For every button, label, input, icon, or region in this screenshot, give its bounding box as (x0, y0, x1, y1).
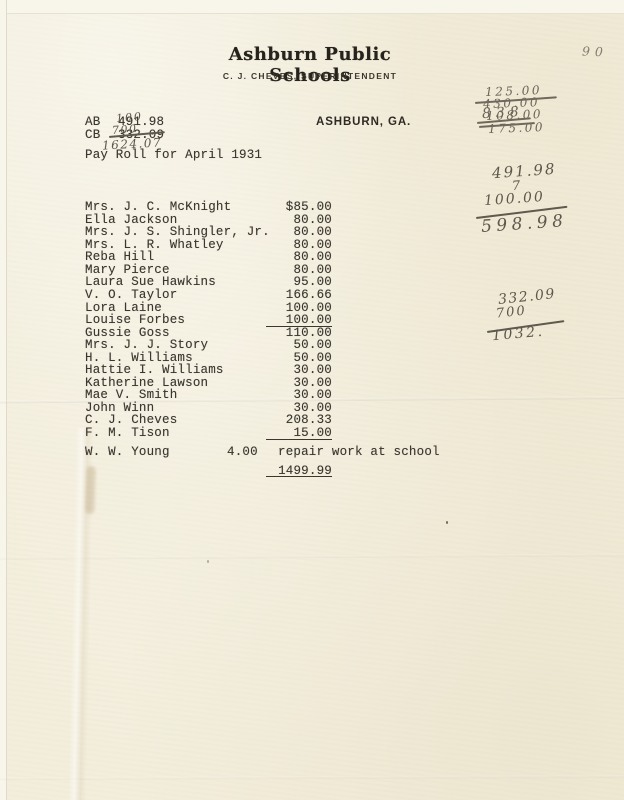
employee-name: Mrs. J. C. McKnight (85, 201, 231, 214)
payroll-row: Hattie I. Williams30.00 (85, 364, 332, 377)
paper-speck (446, 521, 448, 524)
employee-name: Mrs. J. J. Story (85, 339, 208, 352)
payroll-row: F. M. Tison15.00 (85, 427, 332, 440)
payroll-row: Mrs. J. S. Shingler, Jr.80.00 (85, 226, 332, 239)
payroll-row: Mrs. J. C. McKnight$85.00 (85, 201, 332, 214)
employee-name: F. M. Tison (85, 427, 170, 440)
employee-name: Hattie I. Williams (85, 364, 224, 377)
extra-payment-name: W. W. Young (85, 446, 170, 459)
employee-amount: 100.00 (266, 314, 332, 327)
employee-amount: 80.00 (270, 226, 332, 239)
extra-payment-amount: 4.00 (227, 446, 258, 459)
handwritten-margin-note-90: 90 (582, 44, 608, 60)
scan-edge-top (0, 0, 624, 14)
paper-speck (207, 560, 209, 563)
payroll-row: Louise Forbes100.00 (85, 314, 332, 327)
employee-name: Mrs. J. S. Shingler, Jr. (85, 226, 270, 239)
employee-amount: 166.66 (266, 289, 332, 302)
handwritten-mid-3: 100.00 (484, 189, 546, 209)
handwritten-sum-1032: 1032. (491, 324, 545, 345)
payroll-rows: Mrs. J. C. McKnight$85.00Ella Jackson80.… (85, 201, 332, 439)
scanned-payroll-document: Ashburn Public Schools C. J. CHEVES, SUP… (0, 0, 624, 800)
fold-crease (0, 553, 624, 560)
payroll-row: Mrs. J. J. Story50.00 (85, 339, 332, 352)
payroll-heading: Pay Roll for April 1931 (85, 149, 262, 162)
employee-amount: 15.00 (266, 427, 332, 440)
extra-payment-note: repair work at school (278, 446, 440, 459)
handwritten-low-2: 700 (495, 303, 527, 321)
payroll-total-row: 1499.99 (85, 465, 332, 478)
employee-amount: $85.00 (266, 201, 332, 214)
handwritten-mid-1: 491.98 (491, 160, 557, 182)
letterhead-superintendent: C. J. CHEVES, SUPERINTENDENT (197, 71, 423, 81)
employee-amount: 30.00 (266, 364, 332, 377)
fold-crease (0, 775, 624, 780)
payroll-total-amount: 1499.99 (266, 465, 332, 478)
employee-name: Louise Forbes (85, 314, 185, 327)
letterhead-city: ASHBURN, GA. (316, 116, 411, 128)
payroll-row: V. O. Taylor166.66 (85, 289, 332, 302)
employee-name: V. O. Taylor (85, 289, 177, 302)
employee-amount: 50.00 (266, 339, 332, 352)
